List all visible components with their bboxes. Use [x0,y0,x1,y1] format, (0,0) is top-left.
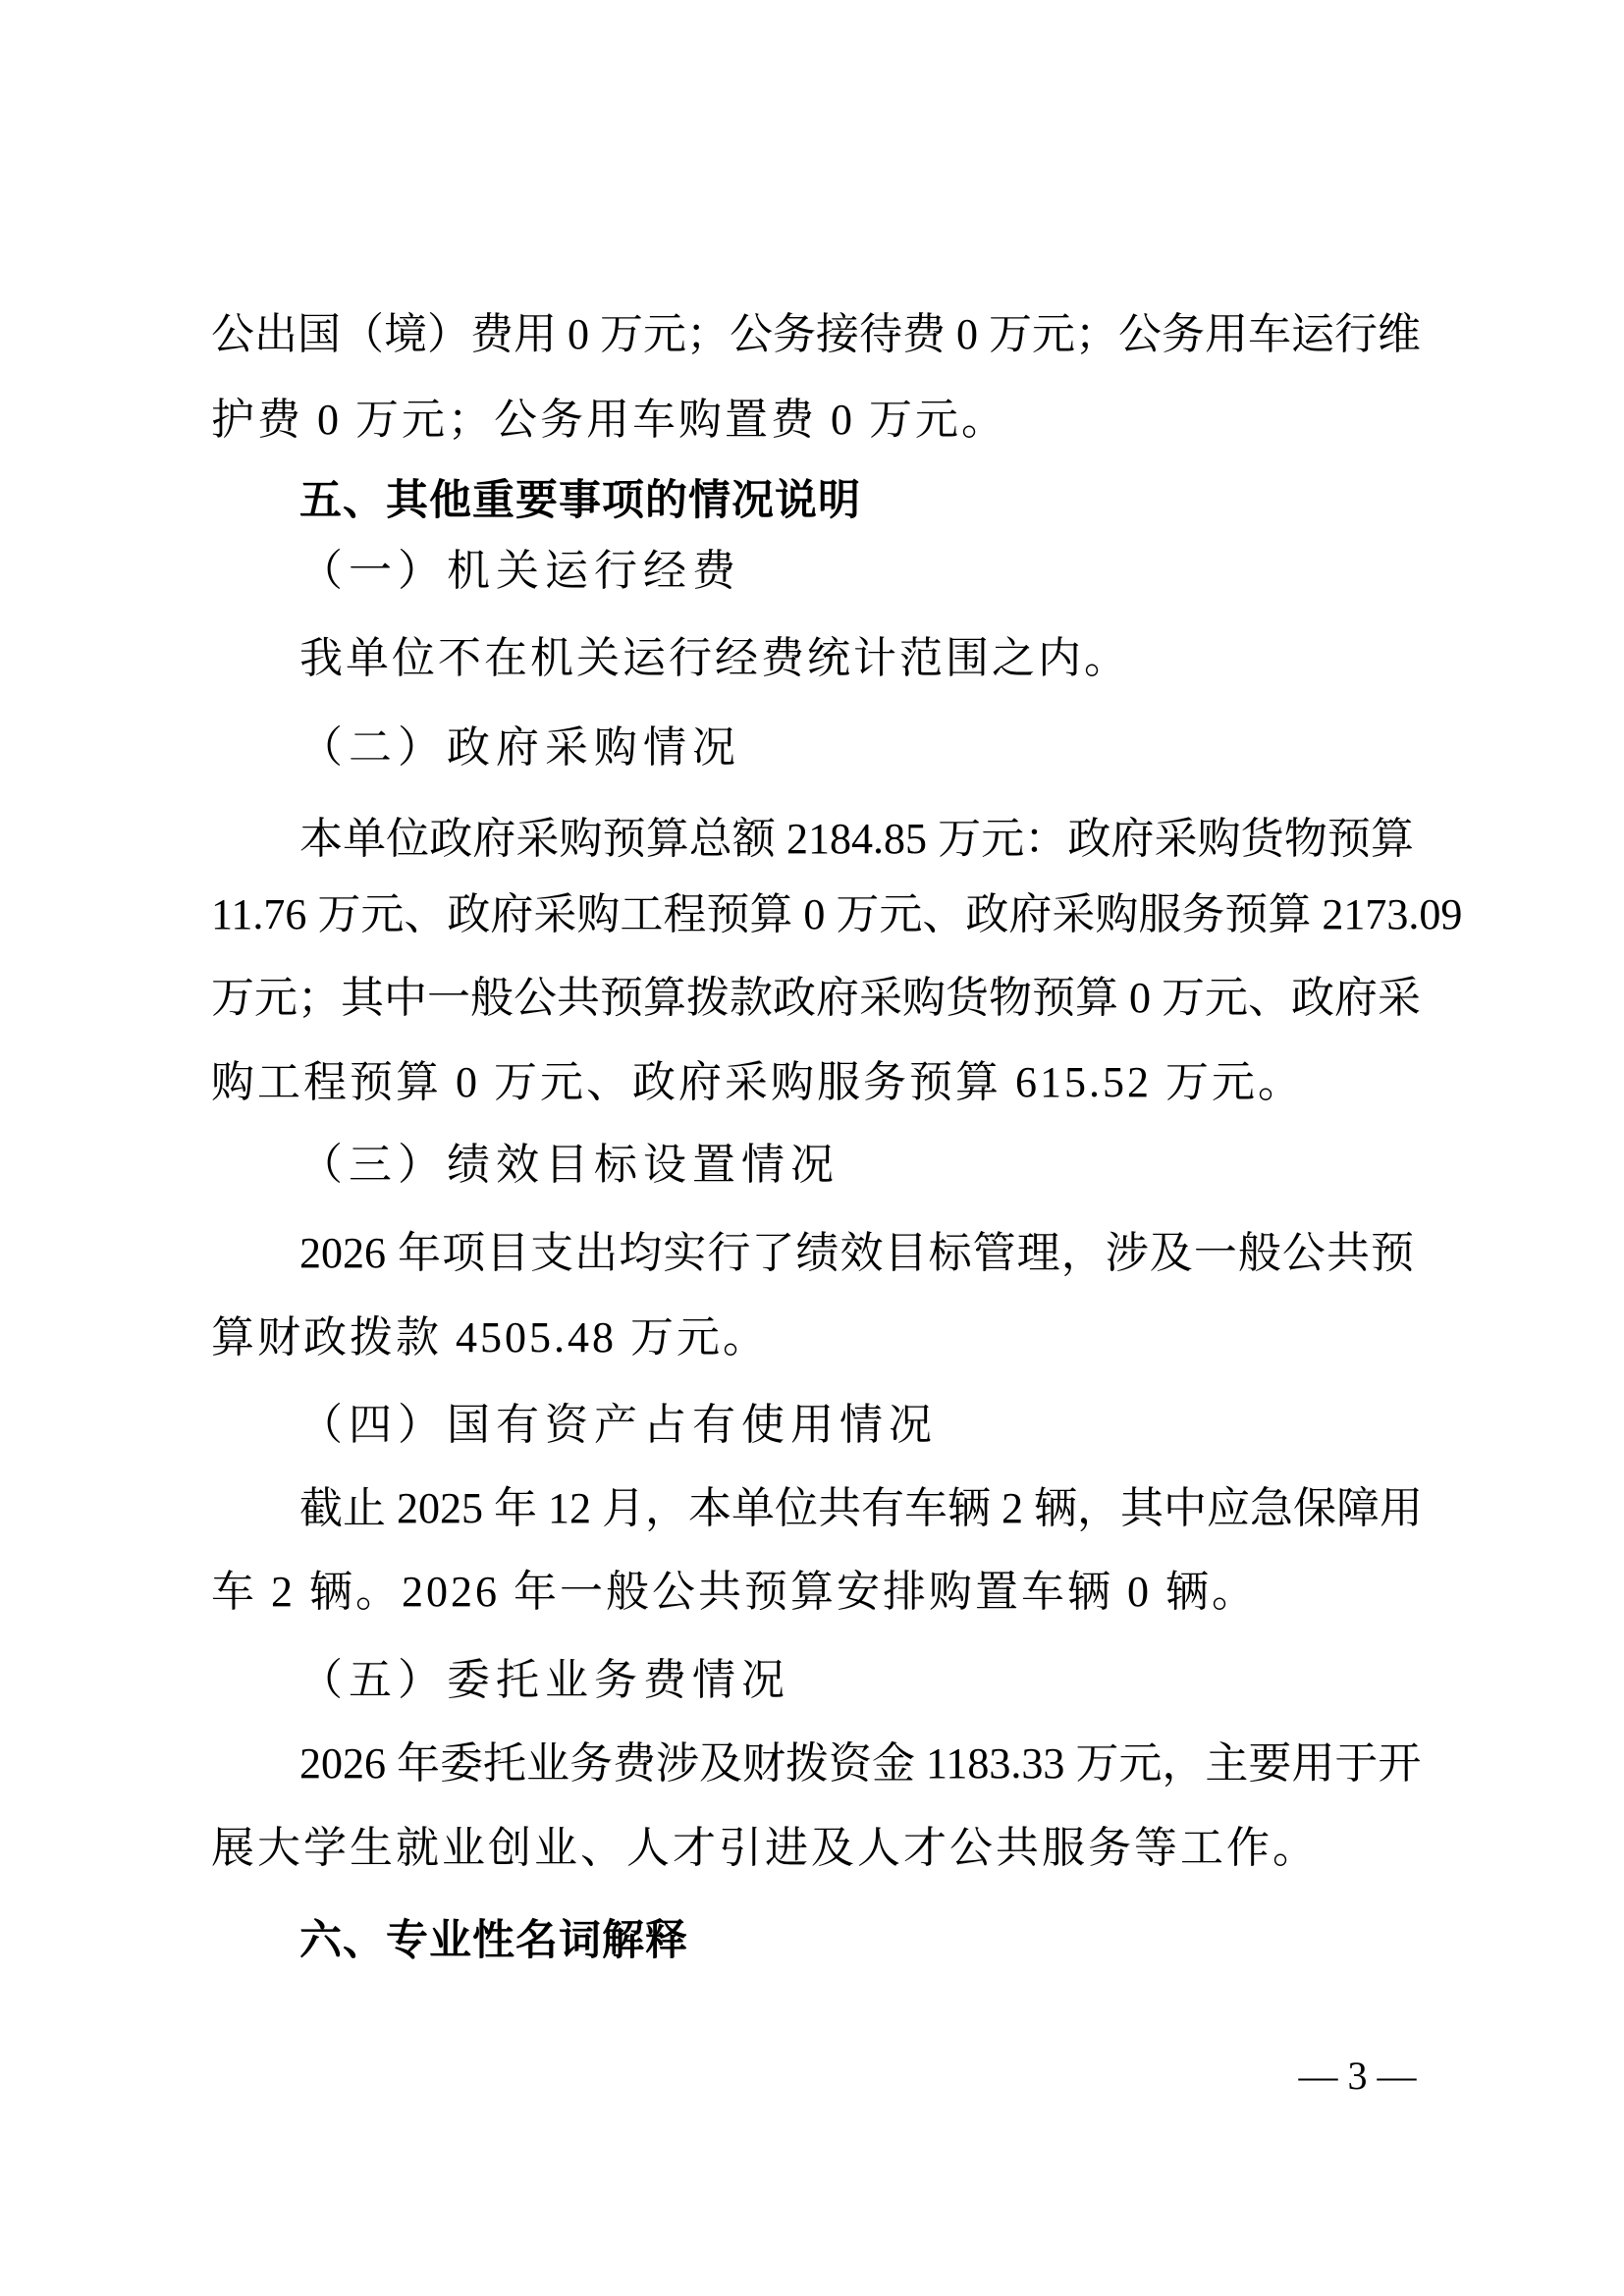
paragraph-line: 算财政拨款 4505.48 万元。 [211,1308,1414,1367]
paragraph-line: 2026 年委托业务费涉及财拨资金 1183.33 万元，主要用于开 [299,1735,1414,1793]
section-heading-6: 六、专业性名词解释 [299,1911,1414,1970]
paragraph-line: 2026 年项目支出均实行了绩效目标管理，涉及一般公共预 [299,1224,1414,1283]
paragraph-line: 车 2 辆。2026 年一般公共预算安排购置车辆 0 辆。 [211,1563,1414,1622]
paragraph-line: 万元；其中一般公共预算拨款政府采购货物预算 0 万元、政府采 [211,969,1414,1028]
subsection-heading-1: （一）机关运行经费 [299,542,1414,601]
paragraph-line: 本单位政府采购预算总额 2184.85 万元：政府采购货物预算 [299,810,1414,869]
paragraph-line: 我单位不在机关运行经费统计范围之内。 [299,629,1414,688]
paragraph-line: 购工程预算 0 万元、政府采购服务预算 615.52 万元。 [211,1053,1414,1112]
paragraph-line: 11.76 万元、政府采购工程预算 0 万元、政府采购服务预算 2173.09 [211,885,1414,944]
section-heading-5: 五、其他重要事项的情况说明 [299,471,1414,530]
subsection-heading-4: （四）国有资产占有使用情况 [299,1396,1414,1455]
subsection-heading-2: （二）政府采购情况 [299,719,1414,777]
paragraph-line: 护费 0 万元；公务用车购置费 0 万元。 [211,391,1414,450]
page-number: — 3 — [1296,2052,1419,2101]
document-page: 公出国（境）费用 0 万元；公务接待费 0 万元；公务用车运行维 护费 0 万元… [0,0,1624,2296]
paragraph-line: 截止 2025 年 12 月，本单位共有车辆 2 辆，其中应急保障用 [299,1479,1414,1538]
subsection-heading-5: （五）委托业务费情况 [299,1651,1414,1710]
subsection-heading-3: （三）绩效目标设置情况 [299,1136,1414,1195]
paragraph-line: 公出国（境）费用 0 万元；公务接待费 0 万元；公务用车运行维 [211,305,1414,364]
paragraph-line: 展大学生就业创业、人才引进及人才公共服务等工作。 [211,1819,1414,1878]
